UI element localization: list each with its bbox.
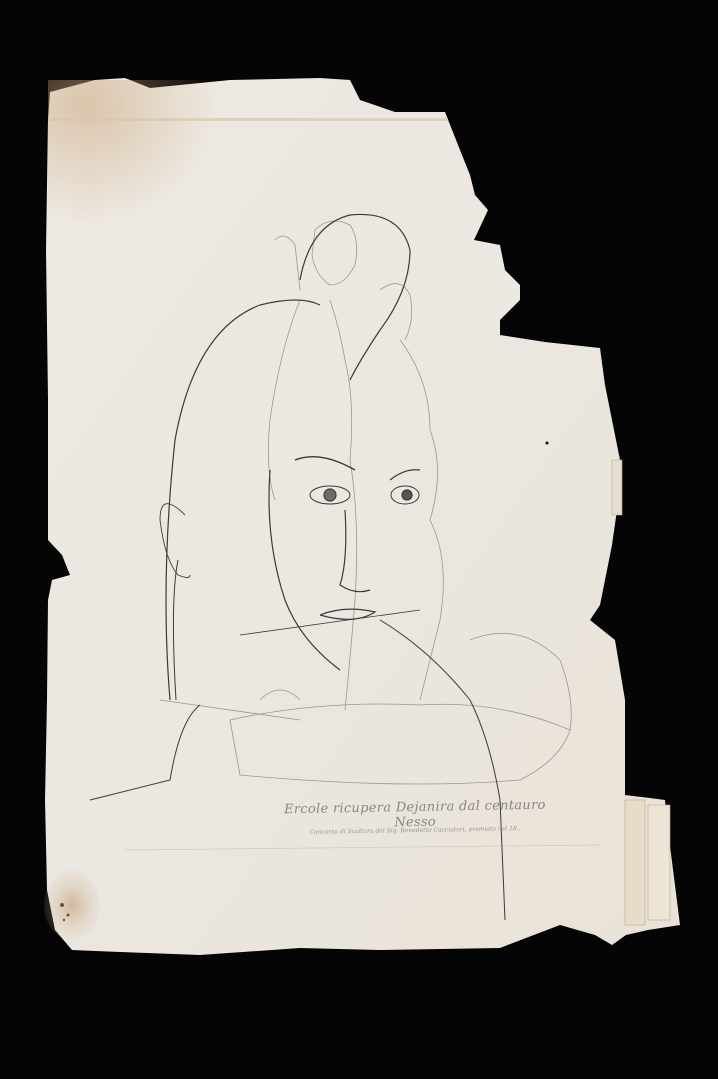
folded-edge	[612, 460, 622, 515]
water-stain-bottom	[44, 870, 100, 940]
photograph: Ercole ricupera Dejanira dal centauro Ne…	[0, 0, 718, 1079]
water-stain-top	[48, 80, 308, 320]
artwork-canvas	[0, 0, 718, 1079]
